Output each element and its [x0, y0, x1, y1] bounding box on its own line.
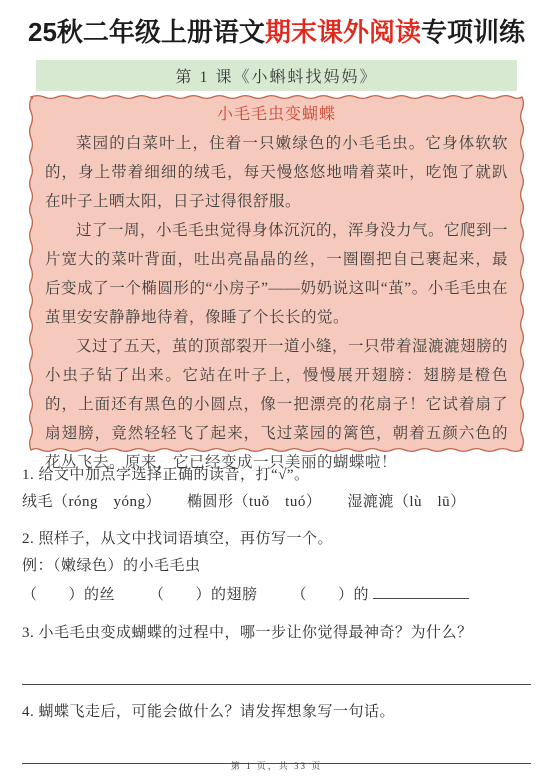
question-4-stem: 4. 蝴蝶飞走后，可能会做什么？请发挥想象写一句话。	[22, 699, 531, 725]
question-4: 4. 蝴蝶飞走后，可能会做什么？请发挥想象写一句话。	[22, 699, 531, 764]
answer-line-q3	[22, 660, 531, 685]
page-title-highlight: 期末课外阅读	[265, 17, 421, 47]
pinyin-option-shilulu: 湿漉漉（lù lū）	[347, 489, 465, 515]
question-2-stem: 2. 照样子，从文中找词语填空，再仿写一个。	[22, 526, 531, 552]
page-title-suffix: 专项训练	[421, 17, 525, 47]
lesson-banner: 第 1 课《小蝌蚪找妈妈》	[36, 60, 517, 91]
page-title-prefix: 25秋二年级上册语文	[28, 17, 265, 47]
blank-si: （ ）的丝	[22, 582, 115, 608]
reading-passage-box: 小毛毛虫变蝴蝶 菜园的白菜叶上，住着一只嫩绿色的小毛毛虫。它身体软软的，身上带着…	[28, 94, 525, 453]
lesson-banner-label: 第 1 课《小蝌蚪找妈妈》	[175, 64, 377, 87]
footer-page-number: 第 1 页，共 33 页	[0, 759, 553, 772]
question-2-example: 例：（嫩绿色）的小毛毛虫	[22, 553, 531, 579]
question-2: 2. 照样子，从文中找词语填空，再仿写一个。 例：（嫩绿色）的小毛毛虫 （ ）的…	[22, 526, 531, 608]
passage-paragraph-2: 过了一周，小毛毛虫觉得身体沉沉的，浑身没力气。它爬到一片宽大的菜叶背面，吐出亮晶…	[45, 216, 508, 332]
question-3: 3. 小毛毛虫变成蝴蝶的过程中，哪一步让你觉得最神奇？为什么？	[22, 620, 531, 685]
question-2-blanks: （ ）的丝 （ ）的翅膀 （ ）的	[22, 580, 531, 608]
pinyin-option-rongmao: 绒毛（róng yóng）	[22, 489, 161, 515]
blank-chibang: （ ）的翅膀	[149, 582, 258, 608]
passage-paragraph-1: 菜园的白菜叶上，住着一只嫩绿色的小毛毛虫。它身体软软的，身上带着细细的绒毛，每天…	[45, 129, 508, 216]
question-3-stem: 3. 小毛毛虫变成蝴蝶的过程中，哪一步让你觉得最神奇？为什么？	[22, 620, 531, 646]
worksheet-page: 25秋二年级上册语文期末课外阅读专项训练 第 1 课《小蝌蚪找妈妈》 小毛毛虫变…	[0, 0, 553, 782]
page-title: 25秋二年级上册语文期末课外阅读专项训练	[0, 0, 553, 48]
blank-custom-label: （ ）的	[292, 587, 370, 603]
passage-content: 小毛毛虫变蝴蝶 菜园的白菜叶上，住着一只嫩绿色的小毛毛虫。它身体软软的，身上带着…	[28, 94, 525, 477]
passage-title: 小毛毛虫变蝴蝶	[45, 103, 508, 127]
question-1-options: 绒毛（róng yóng） 椭圆形（tuǒ tuó） 湿漉漉（lù lū）	[22, 489, 531, 515]
passage-paragraph-3: 又过了五天，茧的顶部裂开一道小缝，一只带着湿漉漉翅膀的小虫子钻了出来。它站在叶子…	[45, 332, 508, 477]
questions-section: 1. 给文中加点字选择正确的读音，打“√”。 绒毛（róng yóng） 椭圆形…	[22, 462, 531, 764]
fill-in-line	[373, 580, 469, 599]
blank-custom: （ ）的	[292, 580, 470, 608]
pinyin-option-tuoyuanxing: 椭圆形（tuǒ tuó）	[187, 489, 321, 515]
